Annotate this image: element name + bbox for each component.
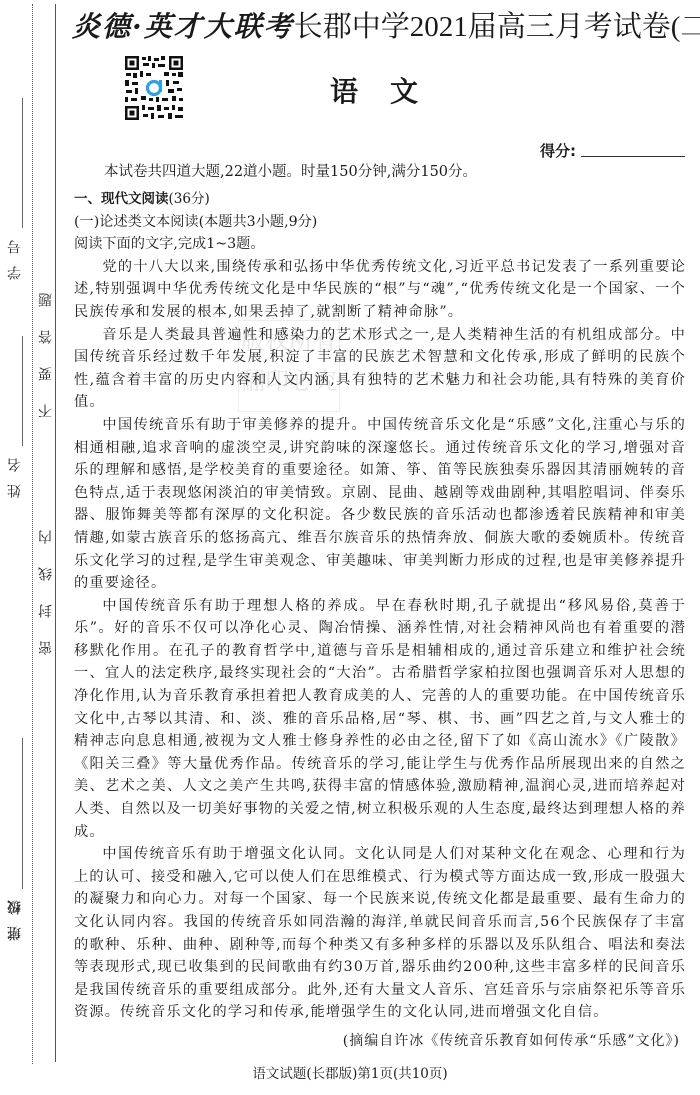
passage-paragraph: 中国传统音乐有助于增强文化认同。文化认同是人们对某种文化在观念、心理和行为上的认… — [74, 843, 686, 1024]
page-footer: 语文试题(长郡版)第1页(共10页) — [0, 1062, 700, 1082]
student-id-field[interactable]: 学号 — [4, 60, 26, 280]
subject-title: 语文 — [330, 70, 450, 110]
passage-paragraph: 中国传统音乐有助于理想人格的养成。早在春秋时期,孔子就提出“移风易俗,莫善于乐”… — [74, 595, 686, 844]
exam-name: 长郡中学2021届高三月考试卷(二) — [294, 4, 700, 45]
reading-instruction: 阅读下面的文字,完成1~3题。 — [74, 233, 686, 256]
student-id-label: 学号 — [5, 228, 25, 280]
passage-paragraph: 党的十八大以来,围绕传承和弘扬中华优秀传统文化,习近平总书记发表了一系列重要论述… — [74, 256, 686, 324]
seal-text-upper: 不要答题 — [36, 268, 52, 418]
qr-code-icon[interactable] — [124, 55, 184, 121]
reading-section: 一、现代文阅读(36分) (一)论述类文本阅读(本题共3小题,9分) 阅读下面的… — [74, 188, 686, 1024]
passage-paragraph: 音乐是人类最具普遍性和感染力的艺术形式之一,是人类精神生活的有机组成部分。中国传… — [74, 324, 686, 414]
exam-instructions: 本试卷共四道大题,22道小题。时量150分钟,满分150分。 — [104, 160, 477, 181]
section-heading: 一、现代文阅读(36分) — [74, 188, 686, 211]
exam-title: 炎德·英才大联考 长郡中学2021届高三月考试卷(二) — [72, 4, 692, 42]
school-blank[interactable] — [22, 739, 23, 889]
school-label: 学校 — [5, 889, 25, 941]
student-id-blank[interactable] — [22, 98, 23, 228]
passage-source: (摘编自许冰《传统音乐教育如何传承“乐感”文化》) — [343, 1030, 680, 1050]
score-label: 得分: — [540, 140, 576, 161]
section-points: (36分) — [169, 191, 210, 207]
name-label: 姓名 — [5, 446, 25, 498]
exam-brand: 炎德·英才大联考 — [72, 5, 294, 45]
fold-line-dotted — [32, 4, 33, 1064]
name-field[interactable]: 姓名 — [4, 318, 26, 498]
name-blank[interactable] — [22, 336, 23, 446]
seal-text-lower: 密封线内 — [36, 505, 52, 655]
passage-paragraph: 中国传统音乐有助于审美修养的提升。中国传统音乐文化是“乐感”文化,注重心与乐的相… — [74, 414, 686, 595]
sub-heading: (一)论述类文本阅读(本题共3小题,9分) — [74, 211, 686, 234]
score-blank[interactable] — [581, 156, 685, 157]
section-heading-text: 一、现代文阅读 — [74, 191, 169, 207]
school-field[interactable]: 学校 — [4, 705, 26, 941]
